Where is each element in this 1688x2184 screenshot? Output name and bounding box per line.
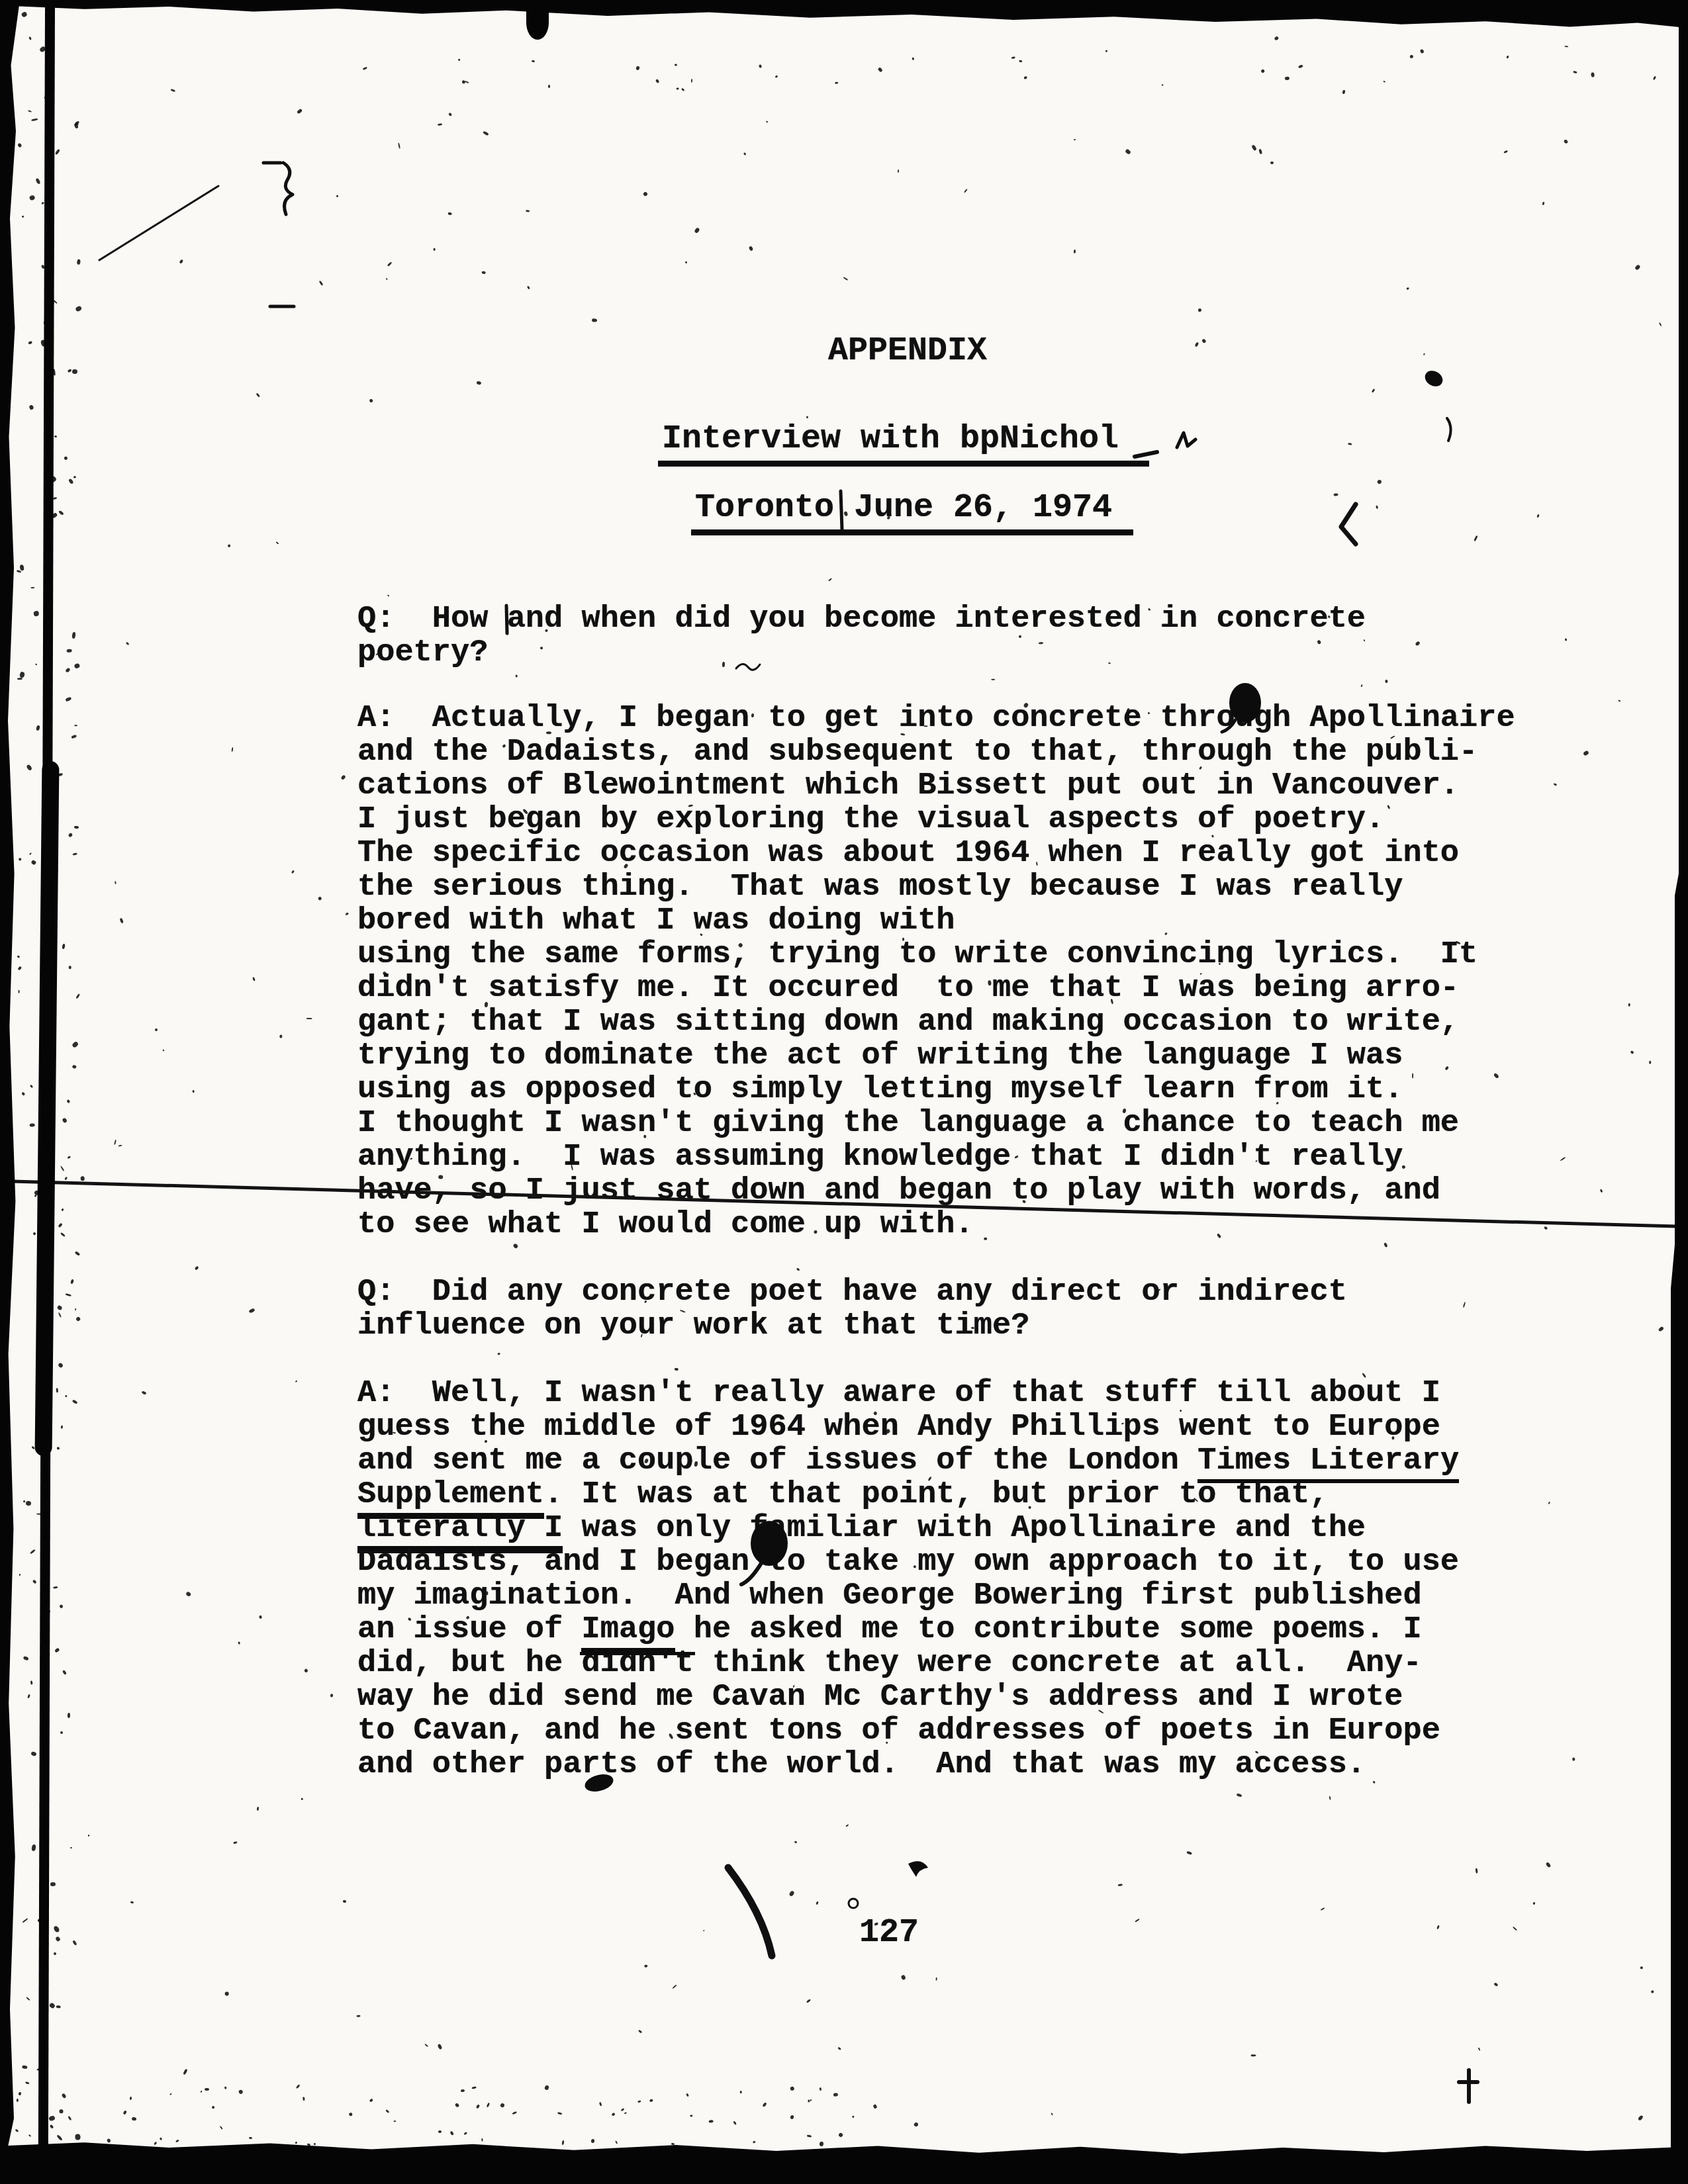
pen-marks-layer bbox=[0, 0, 1688, 2184]
edge-curl-mark bbox=[1447, 418, 1451, 441]
small-scribble bbox=[736, 664, 760, 670]
bracket-mark bbox=[263, 163, 293, 214]
ink-blot-when bbox=[751, 1521, 788, 1566]
crescent-mark bbox=[908, 1861, 928, 1877]
title-dash-mark bbox=[1135, 452, 1157, 457]
ink-blot-through-tail bbox=[1222, 720, 1235, 732]
subtitle-tick-mark bbox=[841, 491, 842, 529]
scanned-document-page: APPENDIX Interview with bpNichol Toronto… bbox=[0, 0, 1688, 2184]
ring-mark bbox=[849, 1899, 858, 1908]
ink-blot-through bbox=[1229, 683, 1261, 723]
corner-blot bbox=[1422, 367, 1445, 389]
smudge-mark bbox=[583, 1772, 616, 1795]
cross-mark bbox=[1459, 2070, 1477, 2102]
top-edge-blob-artifact bbox=[526, 5, 549, 40]
ink-blot-when-tail bbox=[741, 1563, 761, 1584]
angle-bracket-mark bbox=[1341, 504, 1356, 544]
squiggle-mark bbox=[1177, 433, 1196, 447]
question-tick-mark bbox=[506, 606, 507, 633]
scratch-line bbox=[99, 186, 218, 260]
pen-arc bbox=[728, 1868, 772, 1956]
